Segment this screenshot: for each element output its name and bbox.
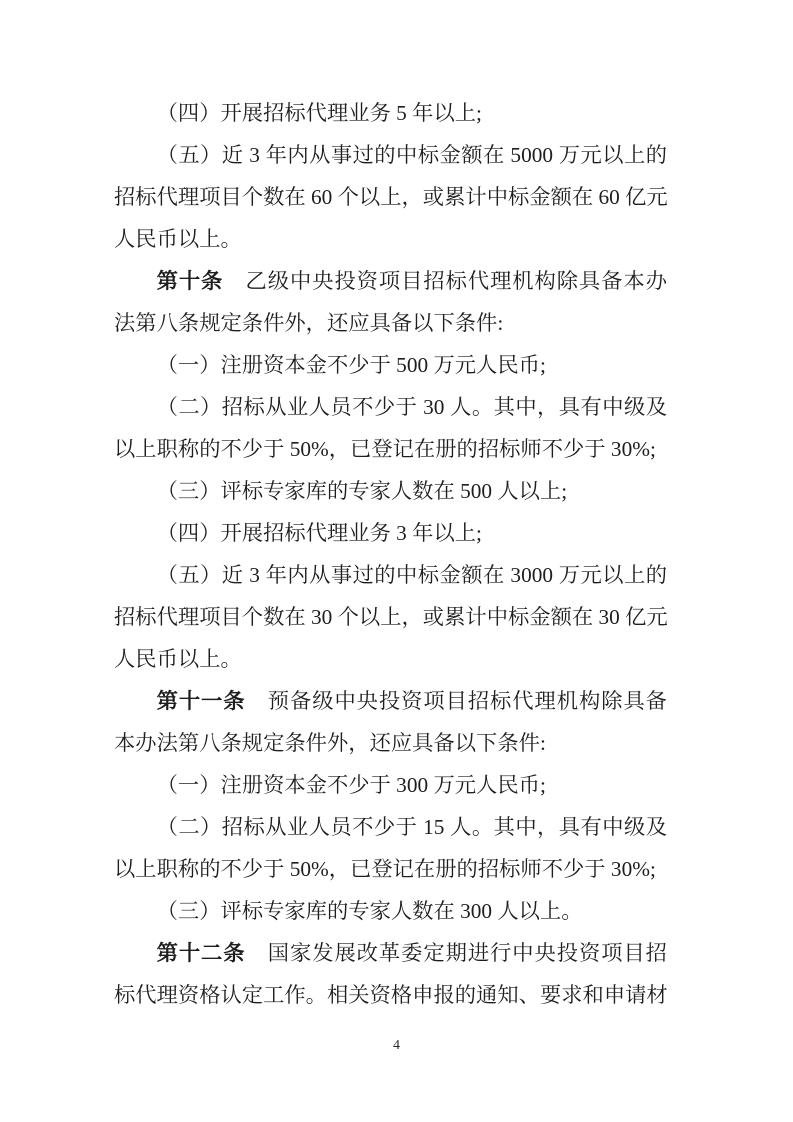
text-line: （五）近 3 年内从事过的中标金额在 3000 万元以上的 <box>114 554 667 596</box>
text-run: 招标代理项目个数在 30 个以上，或累计中标金额在 30 亿元 <box>114 605 668 629</box>
text-run: 人民币以上。 <box>114 227 242 251</box>
text-run: 招标代理项目个数在 60 个以上，或累计中标金额在 60 亿元 <box>114 185 668 209</box>
article-number: 第十二条 <box>157 941 268 965</box>
text-run: 乙级中央投资项目招标代理机构除具备本办 <box>246 269 667 293</box>
text-run: （四）开展招标代理业务 5 年以上; <box>157 101 482 125</box>
text-line: （四）开展招标代理业务 3 年以上; <box>114 512 667 554</box>
text-run: （二）招标从业人员不少于 15 人。其中，具有中级及 <box>157 815 667 839</box>
text-line: （三）评标专家库的专家人数在 500 人以上; <box>114 470 667 512</box>
text-run: 以上职称的不少于 50%，已登记在册的招标师不少于 30%; <box>114 857 656 881</box>
text-line: （二）招标从业人员不少于 15 人。其中，具有中级及 <box>114 806 667 848</box>
text-run: （二）招标从业人员不少于 30 人。其中，具有中级及 <box>157 395 667 419</box>
document-body: （四）开展招标代理业务 5 年以上;（五）近 3 年内从事过的中标金额在 500… <box>114 92 667 1016</box>
text-run: （五）近 3 年内从事过的中标金额在 5000 万元以上的 <box>157 143 667 167</box>
text-line: 标代理资格认定工作。相关资格申报的通知、要求和申请材 <box>114 974 667 1016</box>
text-line: （五）近 3 年内从事过的中标金额在 5000 万元以上的 <box>114 134 667 176</box>
text-line: 以上职称的不少于 50%，已登记在册的招标师不少于 30%; <box>114 848 667 890</box>
text-line: （一）注册资本金不少于 500 万元人民币; <box>114 344 667 386</box>
text-line: 人民币以上。 <box>114 218 667 260</box>
page-number: 4 <box>0 1038 793 1054</box>
text-line: （四）开展招标代理业务 5 年以上; <box>114 92 667 134</box>
text-line: 招标代理项目个数在 30 个以上，或累计中标金额在 30 亿元 <box>114 596 667 638</box>
text-run: （四）开展招标代理业务 3 年以上; <box>157 521 482 545</box>
article-number: 第十条 <box>157 269 246 293</box>
text-line: 法第八条规定条件外，还应具备以下条件: <box>114 302 667 344</box>
text-run: （一）注册资本金不少于 300 万元人民币; <box>157 773 546 797</box>
text-run: 法第八条规定条件外，还应具备以下条件: <box>114 311 503 335</box>
text-run: 本办法第八条规定条件外，还应具备以下条件: <box>114 731 546 755</box>
text-line: 第十条 乙级中央投资项目招标代理机构除具备本办 <box>114 260 667 302</box>
text-line: （三）评标专家库的专家人数在 300 人以上。 <box>114 890 667 932</box>
text-line: 人民币以上。 <box>114 638 667 680</box>
text-line: 以上职称的不少于 50%，已登记在册的招标师不少于 30%; <box>114 428 667 470</box>
text-run: （三）评标专家库的专家人数在 500 人以上; <box>157 479 568 503</box>
text-run: （五）近 3 年内从事过的中标金额在 3000 万元以上的 <box>157 563 667 587</box>
text-run: （一）注册资本金不少于 500 万元人民币; <box>157 353 546 377</box>
text-line: 招标代理项目个数在 60 个以上，或累计中标金额在 60 亿元 <box>114 176 667 218</box>
text-line: 第十二条 国家发展改革委定期进行中央投资项目招 <box>114 932 667 974</box>
text-line: 本办法第八条规定条件外，还应具备以下条件: <box>114 722 667 764</box>
text-line: 第十一条 预备级中央投资项目招标代理机构除具备 <box>114 680 667 722</box>
text-run: 预备级中央投资项目招标代理机构除具备 <box>268 689 667 713</box>
text-run: 人民币以上。 <box>114 647 242 671</box>
text-line: （一）注册资本金不少于 300 万元人民币; <box>114 764 667 806</box>
article-number: 第十一条 <box>157 689 268 713</box>
text-line: （二）招标从业人员不少于 30 人。其中，具有中级及 <box>114 386 667 428</box>
text-run: 标代理资格认定工作。相关资格申报的通知、要求和申请材 <box>114 983 668 1007</box>
document-page: （四）开展招标代理业务 5 年以上;（五）近 3 年内从事过的中标金额在 500… <box>0 0 793 1122</box>
text-run: （三）评标专家库的专家人数在 300 人以上。 <box>157 899 583 923</box>
text-run: 以上职称的不少于 50%，已登记在册的招标师不少于 30%; <box>114 437 656 461</box>
text-run: 国家发展改革委定期进行中央投资项目招 <box>268 941 667 965</box>
